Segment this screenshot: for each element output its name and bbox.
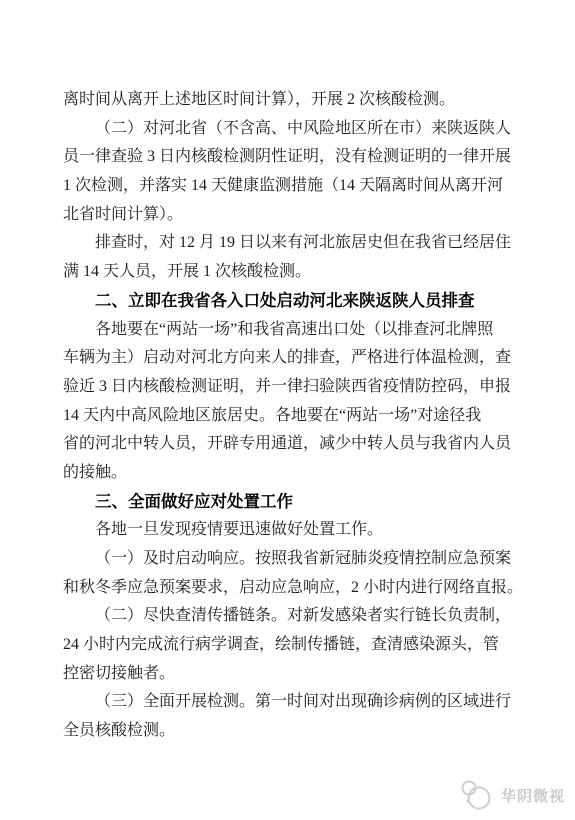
watermark-logo-icon (458, 779, 496, 811)
document-line: 的接触。 (63, 459, 519, 488)
document-line: 省的河北中转人员，开辟专用通道，减少中转人员与我省内人员 (63, 430, 519, 459)
document-line: 员一律查验 3 日内核酸检测阴性证明，没有检测证明的一律开展 (63, 143, 519, 172)
watermark: 华阴微视 (458, 779, 565, 811)
document-line: 满 14 天人员，开展 1 次核酸检测。 (63, 258, 519, 287)
document-line: 北省时间计算）。 (63, 201, 519, 230)
document-line: 24 小时内完成流行病学调查，绘制传播链，查清感染源头，管 (63, 631, 519, 660)
document-line: 车辆为主）启动对河北方向来人的排查，严格进行体温检测，查 (63, 344, 519, 373)
document-page: 离时间从离开上述地区时间计算），开展 2 次核酸检测。（二）对河北省（不含高、中… (0, 0, 575, 820)
document-line: 排查时，对 12 月 19 日以来有河北旅居史但在我省已经居住 (63, 229, 519, 258)
watermark-label: 华阴微视 (501, 785, 565, 806)
document-line: 离时间从离开上述地区时间计算），开展 2 次核酸检测。 (63, 86, 519, 115)
document-line: 1 次检测，并落实 14 天健康监测措施（14 天隔离时间从离开河 (63, 172, 519, 201)
document-line: 和秋冬季应急预案要求，启动应急响应，2 小时内进行网络直报。 (63, 574, 519, 603)
section-heading: 三、全面做好应对处置工作 (63, 488, 519, 517)
document-line: （二）对河北省（不含高、中风险地区所在市）来陕返陕人 (63, 115, 519, 144)
document-line: 控密切接触者。 (63, 660, 519, 689)
document-line: （三）全面开展检测。第一时间对出现确诊病例的区域进行 (63, 688, 519, 717)
document-line: 验近 3 日内核酸检测证明，并一律扫验陕西省疫情防控码，申报 (63, 373, 519, 402)
document-body: 离时间从离开上述地区时间计算），开展 2 次核酸检测。（二）对河北省（不含高、中… (63, 86, 519, 746)
document-line: （二）尽快查清传播链条。对新发感染者实行链长负责制， (63, 602, 519, 631)
document-line: 各地要在“两站一场”和我省高速出口处（以排查河北牌照 (63, 316, 519, 345)
document-line: 14 天内中高风险地区旅居史。各地要在“两站一场”对途径我 (63, 402, 519, 431)
document-line: 全员核酸检测。 (63, 717, 519, 746)
document-line: （一）及时启动响应。按照我省新冠肺炎疫情控制应急预案 (63, 545, 519, 574)
section-heading: 二、立即在我省各入口处启动河北来陕返陕人员排查 (63, 287, 519, 316)
document-line: 各地一旦发现疫情要迅速做好处置工作。 (63, 516, 519, 545)
